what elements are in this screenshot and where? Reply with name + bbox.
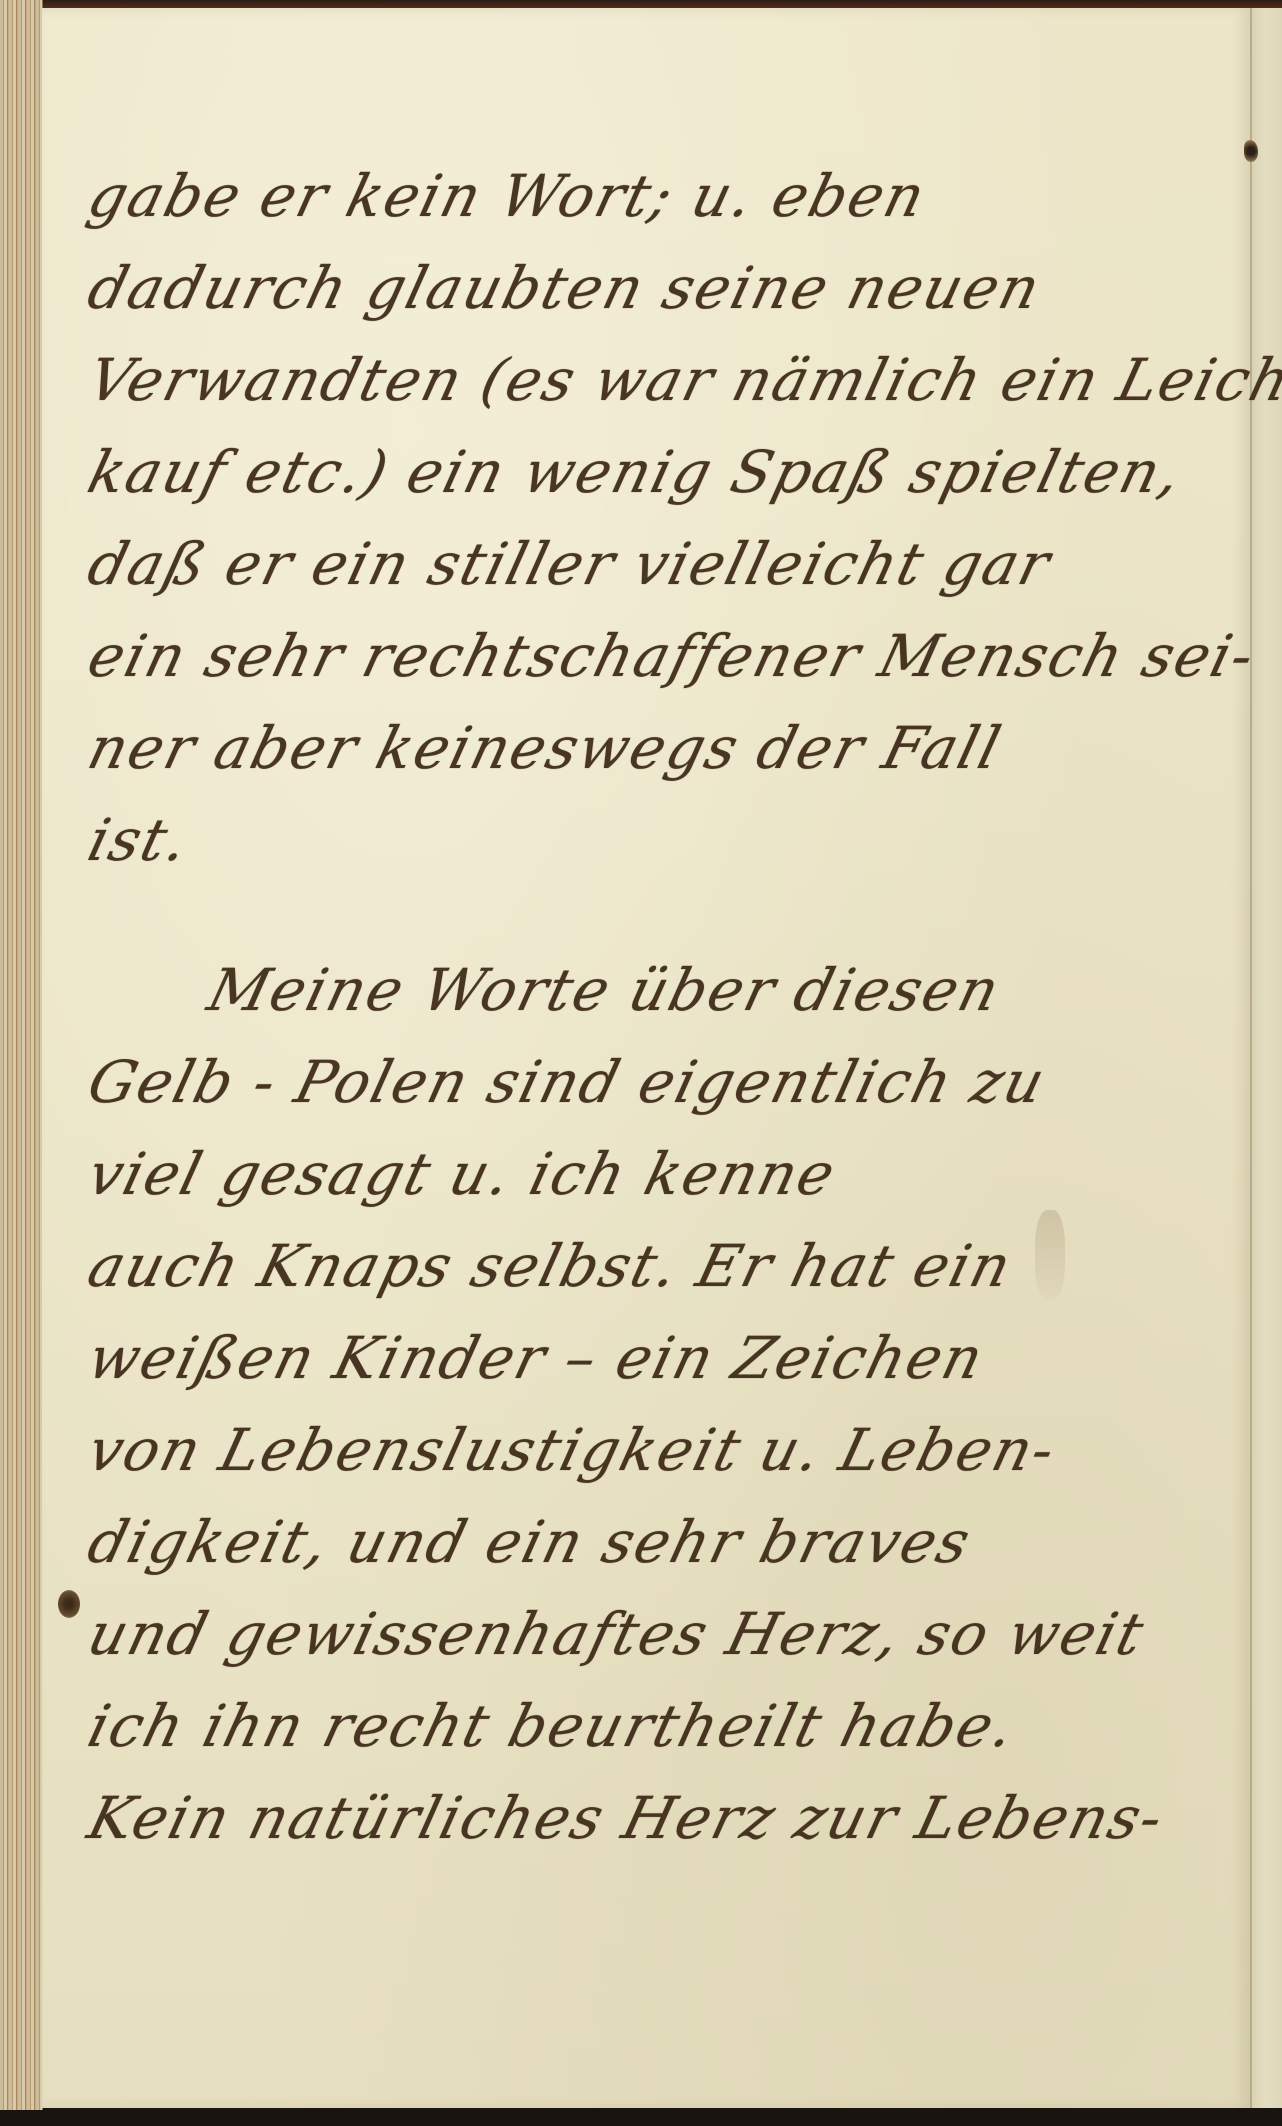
ink-blot xyxy=(58,1590,80,1618)
text-line: auch Knaps selbst. Er hat ein xyxy=(79,1220,1202,1312)
text-line: viel gesagt u. ich kenne xyxy=(79,1128,1202,1220)
text-line: ner aber keineswegs der Fall xyxy=(79,702,1202,794)
text-line: dadurch glaubten seine neuen xyxy=(79,242,1202,334)
text-line: Kein natürliches Herz zur Lebens- xyxy=(79,1772,1202,1864)
text-line: Gelb - Polen sind eigentlich zu xyxy=(79,1036,1202,1128)
text-line: ist. xyxy=(79,794,1202,886)
paragraph-2: Meine Worte über diesen Gelb - Polen sin… xyxy=(90,944,1190,1864)
text-line: ein sehr rechtschaffener Mensch sei- xyxy=(79,610,1202,702)
text-line: und gewissenhaftes Herz, so weit xyxy=(79,1588,1202,1680)
facing-page-edge xyxy=(1250,8,1282,2108)
text-line: daß er ein stiller vielleicht gar xyxy=(79,518,1202,610)
text-line: ich ihn recht beurtheilt habe. xyxy=(79,1680,1202,1772)
text-line: weißen Kinder – ein Zeichen xyxy=(79,1312,1202,1404)
text-line: digkeit, und ein sehr braves xyxy=(79,1496,1202,1588)
binding-hole-mark xyxy=(1244,140,1258,162)
text-line: gabe er kein Wort; u. eben xyxy=(79,150,1202,242)
text-line: kauf etc.) ein wenig Spaß spielten, xyxy=(79,426,1202,518)
handwritten-text: gabe er kein Wort; u. eben dadurch glaub… xyxy=(90,150,1190,1864)
text-line: von Lebenslustigkeit u. Leben- xyxy=(79,1404,1202,1496)
text-line: Meine Worte über diesen xyxy=(79,944,1202,1036)
paragraph-1: gabe er kein Wort; u. eben dadurch glaub… xyxy=(90,150,1190,886)
text-line: Verwandten (es war nämlich ein Leich- xyxy=(79,334,1202,426)
manuscript-scan: gabe er kein Wort; u. eben dadurch glaub… xyxy=(0,0,1282,2126)
page-block-edge xyxy=(0,0,43,2110)
